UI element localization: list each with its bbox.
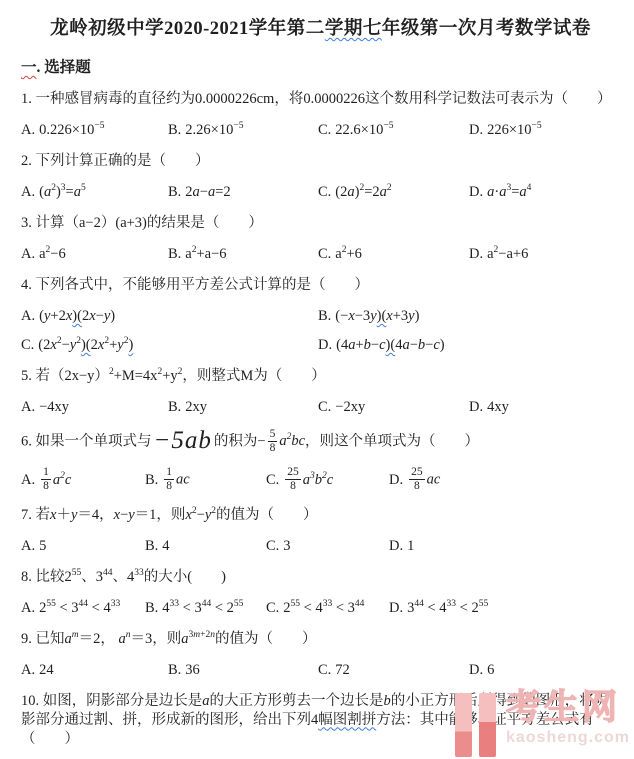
option-label: A. — [21, 246, 35, 262]
option-d: D.a·a3=a4 — [469, 183, 620, 202]
option-c: C.22.6×10−5 — [318, 121, 469, 140]
option-c: C.72 — [318, 661, 469, 680]
option-b: B.2a−a=2 — [168, 183, 318, 202]
question-options: A.−4xyB.2xyC.−2xyD.4xy — [21, 398, 620, 417]
option-label: C. — [318, 184, 331, 200]
question-options: A.24B.36C.72D.6 — [21, 661, 620, 680]
option-label: A. — [21, 472, 35, 488]
question-stem: 3. 计算（a−2）(a+3)的结果是（ ） — [21, 214, 620, 233]
option-label: D. — [469, 184, 483, 200]
option-label: A. — [21, 399, 35, 415]
watermark-site-domain: kaosheng.com — [506, 729, 630, 747]
option-a: A.255 < 344 < 433 — [21, 599, 145, 618]
option-d: D.258ac — [389, 467, 620, 493]
option-b: B.36 — [168, 661, 318, 680]
option-c: C.a2+6 — [318, 245, 469, 264]
option-b: B.(−x−3y)(x+3y) — [318, 307, 620, 326]
option-label: D. — [469, 122, 483, 138]
option-label: D. — [469, 246, 483, 262]
option-label: C. — [266, 600, 279, 616]
question: 4. 下列各式中，不能够用平方差公式计算的是（ ）A.(y+2x)(2x−y)B… — [21, 276, 620, 355]
watermark: 考生网 kaosheng.com — [455, 690, 630, 757]
question-stem: 5. 若（2x−y）2+M=4x2+y2，则整式M为（ ） — [21, 367, 620, 386]
option-b: B.18ac — [145, 467, 266, 493]
option-d: D.4xy — [469, 398, 620, 417]
option-label: D. — [389, 538, 403, 554]
option-a: A.a2−6 — [21, 245, 168, 264]
option-a: A.(a2)3=a5 — [21, 183, 168, 202]
option-label: D. — [318, 337, 332, 353]
option-label: B. — [318, 308, 331, 324]
option-label: A. — [21, 122, 35, 138]
section-heading: 一. 选择题 — [21, 55, 620, 77]
question: 3. 计算（a−2）(a+3)的结果是（ ）A.a2−6B.a2+a−6C.a2… — [21, 214, 620, 264]
question-options: A.255 < 344 < 433B.433 < 344 < 255C.255 … — [21, 599, 620, 618]
option-a: A.24 — [21, 661, 168, 680]
option-label: A. — [21, 184, 35, 200]
option-d: D.226×10−5 — [469, 121, 620, 140]
question: 8. 比较255、344、433的大小( )A.255 < 344 < 433B… — [21, 568, 620, 618]
question: 6. 如果一个单项式与−5ab的积为−58a2bc，则这个单项式为（ ）A.18… — [21, 429, 620, 494]
option-d: D.6 — [469, 661, 620, 680]
question-list: 1. 一种感冒病毒的直径约为0.0000226cm，将0.0000226这个数用… — [21, 90, 620, 749]
option-c: C.(2x2−y2)(2x2+y2) — [21, 336, 318, 355]
question-stem: 9. 已知am＝2， an＝3，则a3m+2n的值为（ ） — [21, 630, 620, 649]
question: 2. 下列计算正确的是（ ）A.(a2)3=a5B.2a−a=2C.(2a)2=… — [21, 152, 620, 202]
watermark-site-name: 考生网 — [506, 690, 630, 727]
option-c: C.3 — [266, 537, 389, 556]
question: 1. 一种感冒病毒的直径约为0.0000226cm，将0.0000226这个数用… — [21, 90, 620, 140]
option-label: B. — [145, 538, 158, 554]
option-label: B. — [145, 472, 158, 488]
question-options: A.(a2)3=a5B.2a−a=2C.(2a)2=2a2D.a·a3=a4 — [21, 183, 620, 202]
question-stem: 2. 下列计算正确的是（ ） — [21, 152, 620, 171]
option-label: A. — [21, 538, 35, 554]
option-label: C. — [318, 122, 331, 138]
option-label: B. — [168, 399, 181, 415]
option-b: B.2xy — [168, 398, 318, 417]
option-d: D.344 < 433 < 255 — [389, 599, 620, 618]
question-stem: 7. 若x＋y＝4，x−y＝1，则x2−y2的值为（ ） — [21, 506, 620, 525]
question: 7. 若x＋y＝4，x−y＝1，则x2−y2的值为（ ）A.5B.4C.3D.1 — [21, 506, 620, 556]
option-a: A.0.226×10−5 — [21, 121, 168, 140]
page-title: 龙岭初级中学2020-2021学年第二学期七年级第一次月考数学试卷 — [21, 14, 620, 40]
option-c: C.(2a)2=2a2 — [318, 183, 469, 202]
option-label: B. — [145, 600, 158, 616]
option-b: B.a2+a−6 — [168, 245, 318, 264]
option-c: C.−2xy — [318, 398, 469, 417]
watermark-logo-bar — [479, 693, 496, 757]
option-d: D.(4a+b−c)(4a−b−c) — [318, 336, 620, 355]
option-label: D. — [389, 600, 403, 616]
question-options: A.5B.4C.3D.1 — [21, 537, 620, 556]
option-label: B. — [168, 662, 181, 678]
option-c: C.258a3b2c — [266, 467, 389, 493]
question-options: A.18a2cB.18acC.258a3b2cD.258ac — [21, 467, 620, 493]
question: 5. 若（2x−y）2+M=4x2+y2，则整式M为（ ）A.−4xyB.2xy… — [21, 367, 620, 417]
option-c: C.255 < 433 < 344 — [266, 599, 389, 618]
option-label: A. — [21, 600, 35, 616]
watermark-text: 考生网 kaosheng.com — [506, 690, 630, 747]
option-label: C. — [266, 472, 279, 488]
question-stem: 8. 比较255、344、433的大小( ) — [21, 568, 620, 587]
option-a: A.−4xy — [21, 398, 168, 417]
question: 9. 已知am＝2， an＝3，则a3m+2n的值为（ ）A.24B.36C.7… — [21, 630, 620, 680]
option-label: C. — [318, 399, 331, 415]
question-options: A.0.226×10−5B.2.26×10−5C.22.6×10−5D.226×… — [21, 121, 620, 140]
option-label: B. — [168, 246, 181, 262]
option-label: D. — [389, 472, 403, 488]
watermark-logo-bar — [455, 693, 472, 757]
option-label: D. — [469, 662, 483, 678]
option-label: C. — [21, 337, 34, 353]
question-stem: 1. 一种感冒病毒的直径约为0.0000226cm，将0.0000226这个数用… — [21, 90, 620, 109]
option-a: A.18a2c — [21, 467, 145, 493]
option-a: A.5 — [21, 537, 145, 556]
option-label: C. — [266, 538, 279, 554]
question-options: A.a2−6B.a2+a−6C.a2+6D.a2−a+6 — [21, 245, 620, 264]
option-label: A. — [21, 662, 35, 678]
option-label: B. — [168, 122, 181, 138]
exam-paper: 龙岭初级中学2020-2021学年第二学期七年级第一次月考数学试卷 一. 选择题… — [0, 0, 634, 749]
option-d: D.1 — [389, 537, 620, 556]
option-a: A.(y+2x)(2x−y) — [21, 307, 318, 326]
question-options: A.(y+2x)(2x−y)B.(−x−3y)(x+3y)C.(2x2−y2)(… — [21, 307, 620, 355]
option-label: C. — [318, 662, 331, 678]
option-b: B.4 — [145, 537, 266, 556]
question-stem: 4. 下列各式中，不能够用平方差公式计算的是（ ） — [21, 276, 620, 295]
question-stem: 6. 如果一个单项式与−5ab的积为−58a2bc，则这个单项式为（ ） — [21, 429, 620, 455]
option-label: D. — [469, 399, 483, 415]
option-label: C. — [318, 246, 331, 262]
option-label: A. — [21, 308, 35, 324]
option-b: B.2.26×10−5 — [168, 121, 318, 140]
kaosheng-logo-icon — [455, 690, 496, 757]
option-b: B.433 < 344 < 255 — [145, 599, 266, 618]
option-d: D.a2−a+6 — [469, 245, 620, 264]
option-label: B. — [168, 184, 181, 200]
